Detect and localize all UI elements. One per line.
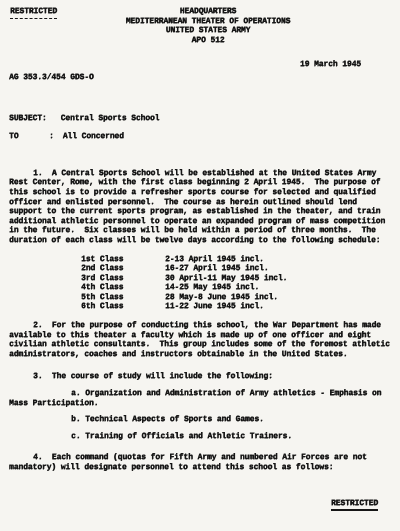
schedule-row: 4th Class14-25 May 1945 incl. [81, 283, 391, 293]
schedule-class-name: 1st Class [81, 255, 165, 265]
schedule-row: 6th Class11-22 June 1945 incl. [81, 302, 391, 312]
file-reference: AG 353.3/454 GDS-O [9, 73, 391, 83]
document-date: 19 March 1945 [9, 60, 391, 70]
schedule-class-dates: 28 May-8 June 1945 incl. [165, 293, 278, 302]
schedule-class-name: 6th Class [81, 302, 165, 312]
paragraph-1: 1. A Central Sports School will be estab… [9, 169, 391, 246]
to-label: TO [9, 132, 49, 142]
document-page: RESTRICTED HEADQUARTERS MEDITERRANEAN TH… [0, 0, 400, 531]
schedule-class-name: 4th Class [81, 283, 165, 293]
paragraph-2: 2. For the purpose of conducting this sc… [9, 321, 391, 359]
schedule-class-dates: 14-25 May 1945 incl. [165, 283, 259, 292]
letterhead-apo: APO 512 [25, 36, 391, 46]
paragraph-4: 4. Each command (quotas for Fifth Army a… [9, 453, 391, 472]
letterhead-army: UNITED STATES ARMY [25, 26, 391, 36]
schedule-row: 1st Class2-13 April 1945 incl. [81, 255, 391, 265]
letterhead: HEADQUARTERS MEDITERRANEAN THEATER OF OP… [9, 7, 391, 45]
subject-line: SUBJECT:Central Sports School [9, 114, 391, 124]
schedule-class-name: 5th Class [81, 293, 165, 303]
schedule-class-dates: 2-13 April 1945 incl. [165, 255, 264, 264]
schedule-class-dates: 16-27 April 1945 incl. [165, 264, 268, 273]
course-item-c: c. Training of Officials and Athletic Tr… [9, 432, 391, 442]
classification-banner-top: RESTRICTED [10, 7, 57, 19]
letterhead-theater: MEDITERRANEAN THEATER OF OPERATIONS [25, 17, 391, 27]
subject-label: SUBJECT: [9, 114, 47, 123]
subject-value: Central Sports School [61, 114, 160, 123]
paragraph-3: 3. The course of study will include the … [9, 372, 391, 382]
schedule-row: 2nd Class16-27 April 1945 incl. [81, 264, 391, 274]
to-value: All Concerned [63, 132, 124, 141]
schedule-class-dates: 30 April-11 May 1945 incl. [165, 274, 287, 283]
to-separator: : [49, 132, 54, 141]
course-item-b: b. Technical Aspects of Sports and Games… [9, 415, 391, 425]
letterhead-headquarters: HEADQUARTERS [25, 7, 391, 17]
schedule-row: 3rd Class30 April-11 May 1945 incl. [81, 274, 391, 284]
schedule-row: 5th Class28 May-8 June 1945 incl. [81, 293, 391, 303]
schedule-class-name: 2nd Class [81, 264, 165, 274]
course-item-a: a. Organization and Administration of Ar… [9, 389, 391, 408]
schedule-class-name: 3rd Class [81, 274, 165, 284]
classification-banner-bottom: RESTRICTED [331, 499, 378, 511]
class-schedule: 1st Class2-13 April 1945 incl. 2nd Class… [81, 255, 391, 313]
schedule-class-dates: 11-22 June 1945 incl. [165, 302, 264, 311]
to-line: TO:All Concerned [9, 132, 391, 142]
